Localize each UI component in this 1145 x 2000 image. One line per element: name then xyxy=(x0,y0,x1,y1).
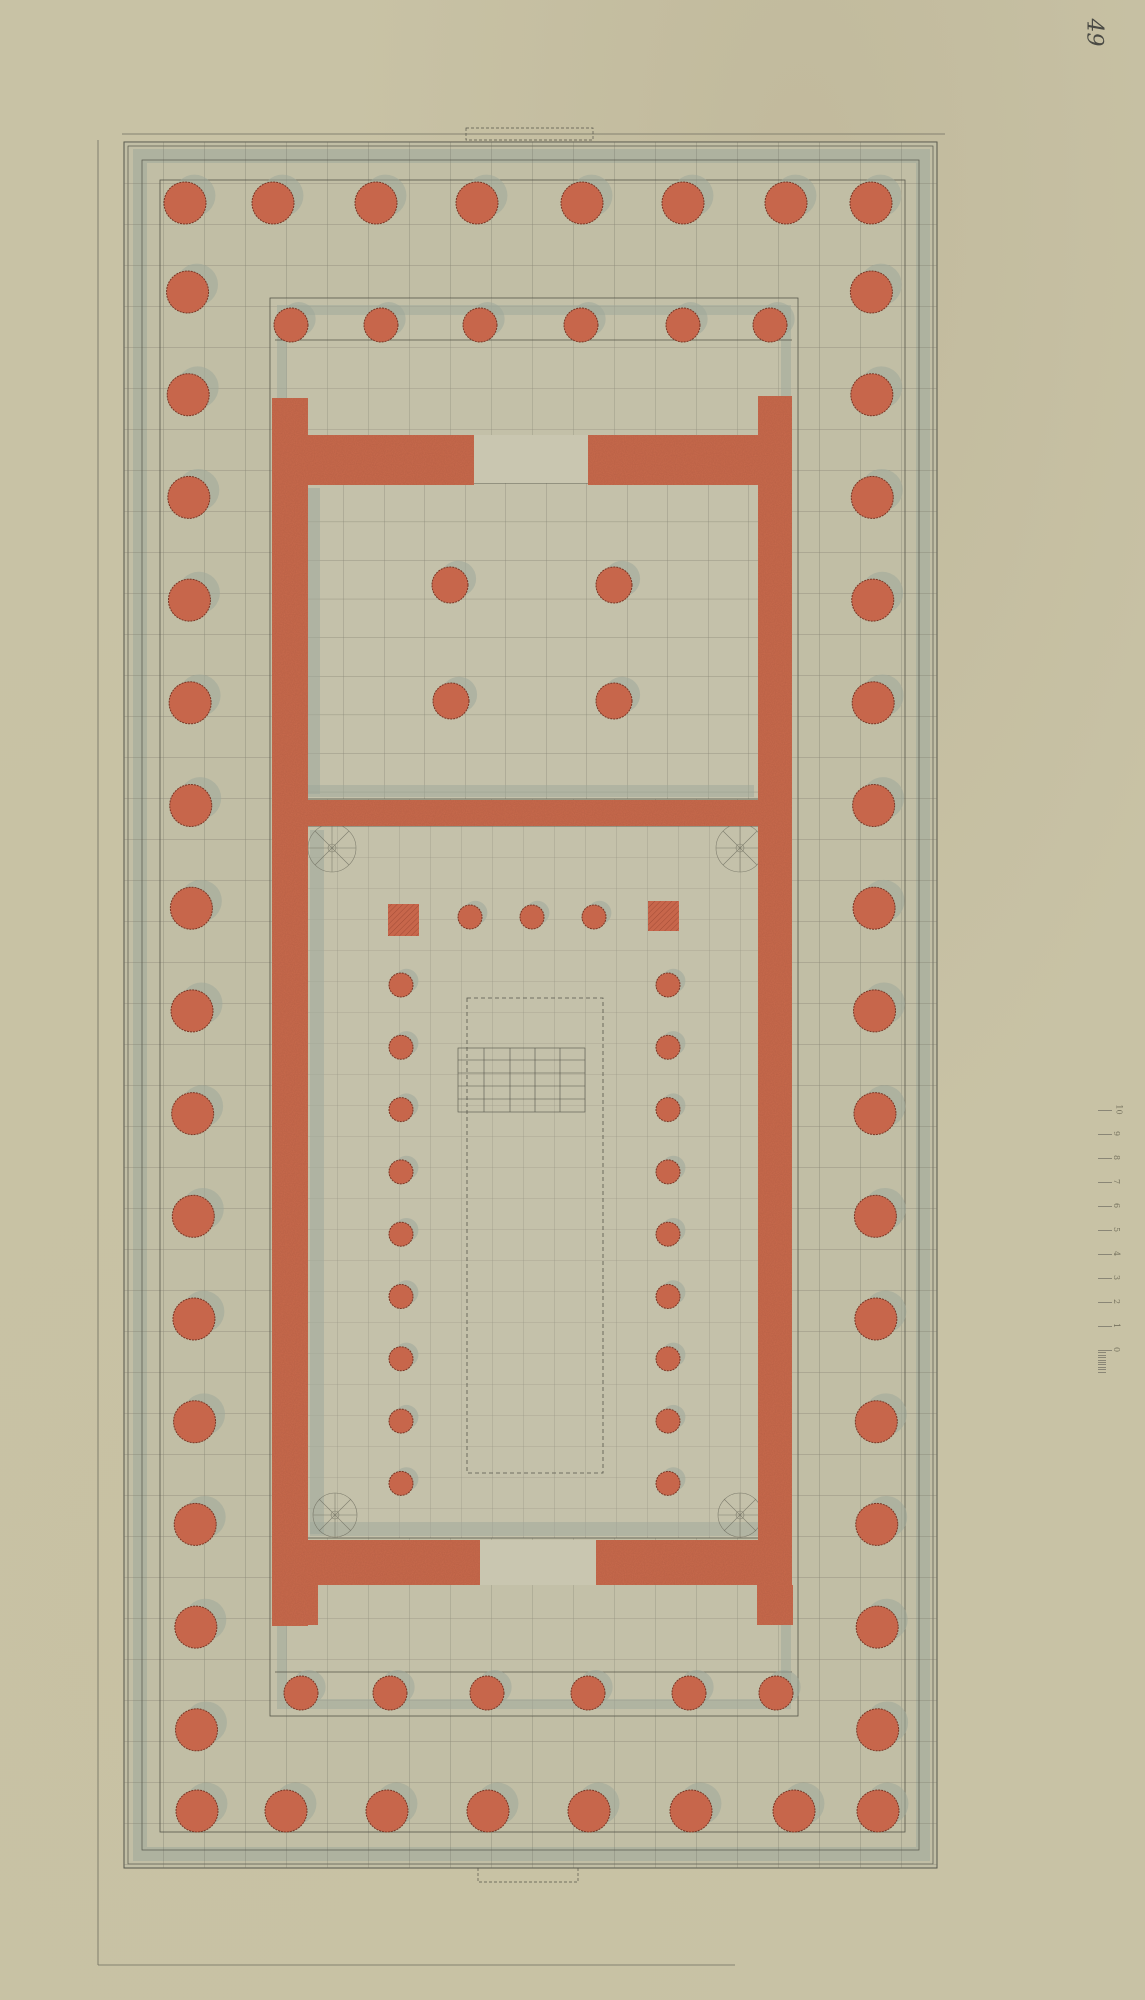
scale-tick-label: 1 xyxy=(1112,1323,1121,1328)
scale-subtick xyxy=(1098,1355,1106,1356)
peristyle-column xyxy=(851,374,893,416)
peristyle-column xyxy=(851,476,893,518)
peristyle-column xyxy=(857,1709,899,1751)
peristyle-column xyxy=(856,1606,898,1648)
scale-tick xyxy=(1098,1302,1112,1303)
sheet-number: 49 xyxy=(1082,19,1107,47)
peristyle-column xyxy=(850,182,892,224)
peristyle-column xyxy=(174,1503,216,1545)
peristyle-column xyxy=(853,887,895,929)
cella-column xyxy=(389,1222,413,1246)
scale-tick-label: 10 xyxy=(1115,1104,1124,1114)
porch-column xyxy=(753,308,787,342)
scale-tick xyxy=(1098,1254,1112,1255)
scale-tick xyxy=(1098,1110,1112,1111)
scale-tick xyxy=(1098,1230,1112,1231)
porch-column xyxy=(759,1676,793,1710)
peristyle-column xyxy=(773,1790,815,1832)
peristyle-column xyxy=(167,374,209,416)
scale-subtick xyxy=(1098,1360,1106,1361)
peristyle-column xyxy=(456,182,498,224)
peristyle-column xyxy=(172,1093,214,1135)
peristyle-column xyxy=(662,182,704,224)
peristyle-column xyxy=(854,990,896,1032)
cella-column xyxy=(389,1471,413,1495)
pronaos-column xyxy=(596,567,632,603)
cella-column xyxy=(656,1471,680,1495)
cella-column xyxy=(520,905,544,929)
scale-tick xyxy=(1098,1134,1112,1135)
porch-column xyxy=(564,308,598,342)
scale-tick xyxy=(1098,1206,1112,1207)
scale-tick-label: 2 xyxy=(1112,1299,1121,1304)
cella-column xyxy=(656,1098,680,1122)
porch-column xyxy=(672,1676,706,1710)
peristyle-column xyxy=(265,1790,307,1832)
peristyle-column xyxy=(854,1093,896,1135)
pronaos-column xyxy=(596,683,632,719)
temple-floor-plan xyxy=(0,0,1145,2000)
porch-column xyxy=(373,1676,407,1710)
rosette-icon xyxy=(313,1493,357,1537)
rosette-icon xyxy=(716,824,764,872)
peristyle-column xyxy=(174,1401,216,1443)
scale-subtick xyxy=(1098,1364,1106,1365)
cella-column xyxy=(656,1160,680,1184)
scale-tick-label: 8 xyxy=(1112,1155,1121,1160)
peristyle-column xyxy=(252,182,294,224)
peristyle-column xyxy=(168,579,210,621)
cella-column xyxy=(389,1347,413,1371)
porch-column xyxy=(284,1676,318,1710)
porch-column xyxy=(364,308,398,342)
scale-subtick xyxy=(1098,1367,1106,1368)
peristyle-column xyxy=(170,887,212,929)
porch-column xyxy=(274,308,308,342)
peristyle-column xyxy=(857,1790,899,1832)
scale-tick-label: 7 xyxy=(1112,1179,1121,1184)
scale-tick xyxy=(1098,1326,1112,1327)
scale-subtick xyxy=(1098,1372,1106,1373)
cella-column xyxy=(389,1285,413,1309)
rear-doorway xyxy=(480,1540,596,1585)
peristyle-column xyxy=(765,182,807,224)
scale-tick-label: 3 xyxy=(1112,1275,1121,1280)
pronaos xyxy=(303,483,759,799)
rosette-icon xyxy=(308,824,356,872)
scale-tick-label: 0 xyxy=(1112,1347,1121,1352)
cella-column xyxy=(389,1098,413,1122)
peristyle-column xyxy=(167,271,209,313)
scale-tick-label: 4 xyxy=(1112,1251,1121,1256)
peristyle-column xyxy=(175,1709,217,1751)
cella-column xyxy=(656,1409,680,1433)
peristyle-column xyxy=(173,1298,215,1340)
cella-column xyxy=(656,1035,680,1059)
cella-column xyxy=(458,905,482,929)
scale-tick xyxy=(1098,1350,1112,1351)
peristyle-column xyxy=(175,1606,217,1648)
peristyle-column xyxy=(850,271,892,313)
peristyle-column xyxy=(172,1195,214,1237)
peristyle-column xyxy=(855,1298,897,1340)
cella-column xyxy=(389,973,413,997)
peristyle-column xyxy=(852,682,894,724)
naos xyxy=(306,824,766,1538)
scale-subtick xyxy=(1098,1369,1106,1370)
porch-column xyxy=(470,1676,504,1710)
cella-column xyxy=(656,1347,680,1371)
scale-bar: 109876543210 xyxy=(1098,1100,1128,1390)
front-doorway xyxy=(474,435,588,483)
porch-column xyxy=(666,308,700,342)
scale-tick xyxy=(1098,1182,1112,1183)
scale-tick-label: 9 xyxy=(1112,1131,1121,1136)
peristyle-column xyxy=(561,182,603,224)
porch-column xyxy=(571,1676,605,1710)
scale-tick xyxy=(1098,1278,1112,1279)
peristyle-column xyxy=(852,579,894,621)
scale-subtick xyxy=(1098,1357,1106,1358)
peristyle-column xyxy=(366,1790,408,1832)
peristyle-column xyxy=(168,476,210,518)
scale-subtick xyxy=(1098,1362,1106,1363)
cella-column xyxy=(656,973,680,997)
pronaos-column xyxy=(432,567,468,603)
peristyle-column xyxy=(169,682,211,724)
peristyle-column xyxy=(164,182,206,224)
cella-column xyxy=(656,1285,680,1309)
peristyle-column xyxy=(670,1790,712,1832)
rosette-icon xyxy=(718,1493,762,1537)
cella-column xyxy=(389,1035,413,1059)
anta-pier xyxy=(648,901,679,931)
peristyle-column xyxy=(171,990,213,1032)
cella-column xyxy=(389,1160,413,1184)
peristyle-column xyxy=(855,1401,897,1443)
peristyle-column xyxy=(467,1790,509,1832)
scale-tick-label: 6 xyxy=(1112,1203,1121,1208)
scale-subtick xyxy=(1098,1352,1106,1353)
peristyle-column xyxy=(176,1790,218,1832)
peristyle-column xyxy=(170,785,212,827)
scale-tick xyxy=(1098,1158,1112,1159)
cella-column xyxy=(656,1222,680,1246)
porch-column xyxy=(463,308,497,342)
peristyle-column xyxy=(856,1503,898,1545)
cella-column xyxy=(582,905,606,929)
scale-tick-label: 5 xyxy=(1112,1227,1121,1232)
peristyle-column xyxy=(854,1195,896,1237)
pronaos-column xyxy=(433,683,469,719)
peristyle-column xyxy=(568,1790,610,1832)
cella-column xyxy=(389,1409,413,1433)
anta-pier xyxy=(388,904,419,936)
peristyle-column xyxy=(355,182,397,224)
peristyle-column xyxy=(853,785,895,827)
